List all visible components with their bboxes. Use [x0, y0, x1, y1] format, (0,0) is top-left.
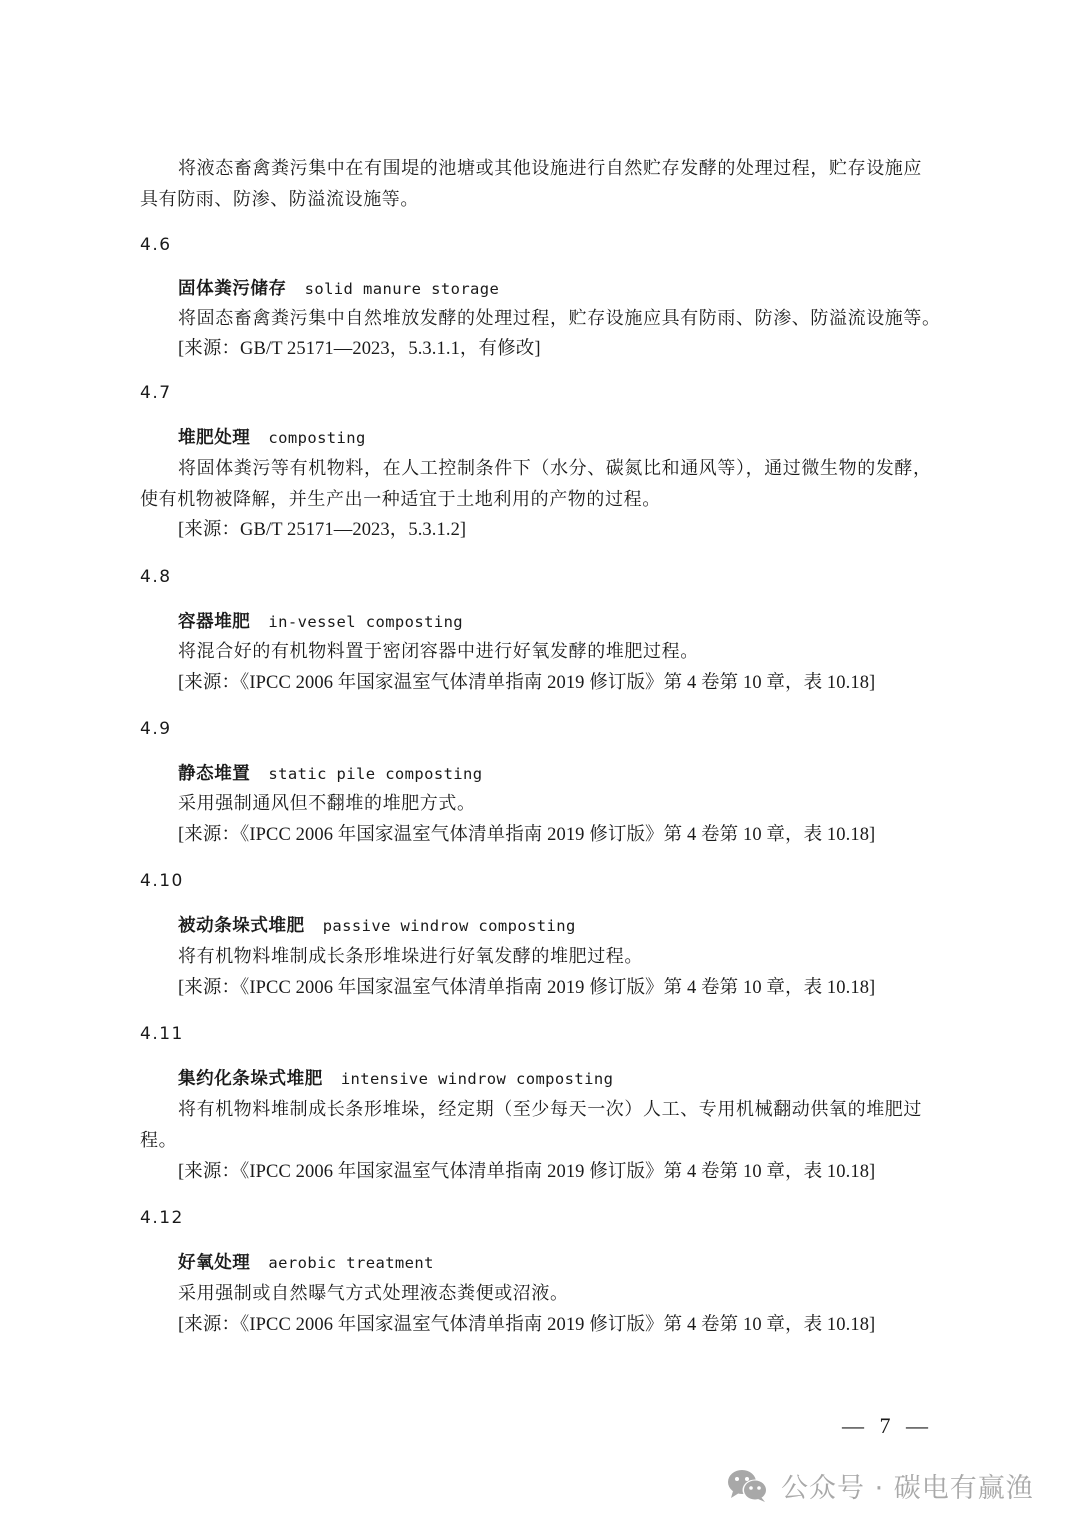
term-heading: 容器堆肥in-vessel composting: [178, 610, 463, 634]
term-definition: 将固态畜禽粪污集中自然堆放发酵的处理过程，贮存设施应具有防雨、防渗、防溢流设施等…: [178, 307, 941, 331]
intro-paragraph-line-1: 将液态畜禽粪污集中在有围堤的池塘或其他设施进行自然贮存发酵的处理过程，贮存设施应: [178, 157, 922, 181]
term-heading: 集约化条垛式堆肥intensive windrow composting: [178, 1067, 613, 1091]
term-definition: 将有机物料堆制成长条形堆垛，经定期（至少每天一次）人工、专用机械翻动供氧的堆肥过: [178, 1098, 922, 1122]
term-heading: 被动条垛式堆肥passive windrow composting: [178, 914, 576, 938]
intro-paragraph-line-2: 具有防雨、防渗、防溢流设施等。: [140, 188, 419, 212]
term-source: [来源：GB/T 25171—2023，5.3.1.1，有修改]: [178, 337, 541, 361]
section-number: 4.6: [140, 233, 172, 257]
term-definition: 采用强制或自然曝气方式处理液态粪便或沼液。: [178, 1282, 569, 1306]
section-number: 4.11: [140, 1022, 184, 1046]
section-number: 4.12: [140, 1206, 184, 1230]
term-source: [来源：GB/T 25171—2023，5.3.1.2]: [178, 518, 466, 542]
term-en: solid manure storage: [305, 280, 500, 298]
term-zh: 堆肥处理: [178, 428, 250, 448]
term-definition: 程。: [140, 1129, 177, 1153]
term-heading: 固体粪污储存solid manure storage: [178, 277, 499, 301]
section-number: 4.9: [140, 717, 172, 741]
term-zh: 被动条垛式堆肥: [178, 916, 305, 936]
term-definition: 将固体粪污等有机物料，在人工控制条件下（水分、碳氮比和通风等），通过微生物的发酵…: [178, 457, 932, 481]
term-source: [来源：《IPCC 2006 年国家温室气体清单指南 2019 修订版》第 4 …: [178, 671, 875, 695]
term-definition: 将有机物料堆制成长条形堆垛进行好氧发酵的堆肥过程。: [178, 945, 643, 969]
wechat-icon: [727, 1469, 769, 1503]
term-source: [来源：《IPCC 2006 年国家温室气体清单指南 2019 修订版》第 4 …: [178, 1160, 875, 1184]
section-number: 4.10: [140, 869, 184, 893]
term-en: static pile composting: [268, 765, 482, 783]
term-zh: 固体粪污储存: [178, 279, 287, 299]
term-definition: 使有机物被降解，并生产出一种适宜于土地利用的产物的过程。: [140, 488, 661, 512]
term-en: in-vessel composting: [268, 613, 463, 631]
term-source: [来源：《IPCC 2006 年国家温室气体清单指南 2019 修订版》第 4 …: [178, 976, 875, 1000]
term-definition: 采用强制通风但不翻堆的堆肥方式。: [178, 792, 476, 816]
term-heading: 静态堆置static pile composting: [178, 762, 483, 786]
section-number: 4.7: [140, 381, 172, 405]
term-source: [来源：《IPCC 2006 年国家温室气体清单指南 2019 修订版》第 4 …: [178, 823, 875, 847]
term-en: aerobic treatment: [268, 1254, 433, 1272]
watermark-text: 公众号 · 碳电有赢渔: [781, 1466, 1034, 1505]
term-heading: 堆肥处理composting: [178, 426, 366, 450]
section-number: 4.8: [140, 565, 172, 589]
term-source: [来源：《IPCC 2006 年国家温室气体清单指南 2019 修订版》第 4 …: [178, 1313, 875, 1337]
term-zh: 集约化条垛式堆肥: [178, 1069, 323, 1089]
term-definition: 将混合好的有机物料置于密闭容器中进行好氧发酵的堆肥过程。: [178, 640, 699, 664]
term-en: intensive windrow composting: [341, 1070, 614, 1088]
document-page: 将液态畜禽粪污集中在有围堤的池塘或其他设施进行自然贮存发酵的处理过程，贮存设施应…: [0, 0, 1080, 1528]
term-zh: 静态堆置: [178, 764, 250, 784]
term-en: passive windrow composting: [323, 917, 576, 935]
term-zh: 好氧处理: [178, 1253, 250, 1273]
page-number: — 7 —: [842, 1413, 928, 1439]
watermark: 公众号 · 碳电有赢渔: [727, 1466, 1034, 1505]
term-heading: 好氧处理aerobic treatment: [178, 1251, 434, 1275]
term-en: composting: [268, 429, 365, 447]
term-zh: 容器堆肥: [178, 612, 250, 632]
